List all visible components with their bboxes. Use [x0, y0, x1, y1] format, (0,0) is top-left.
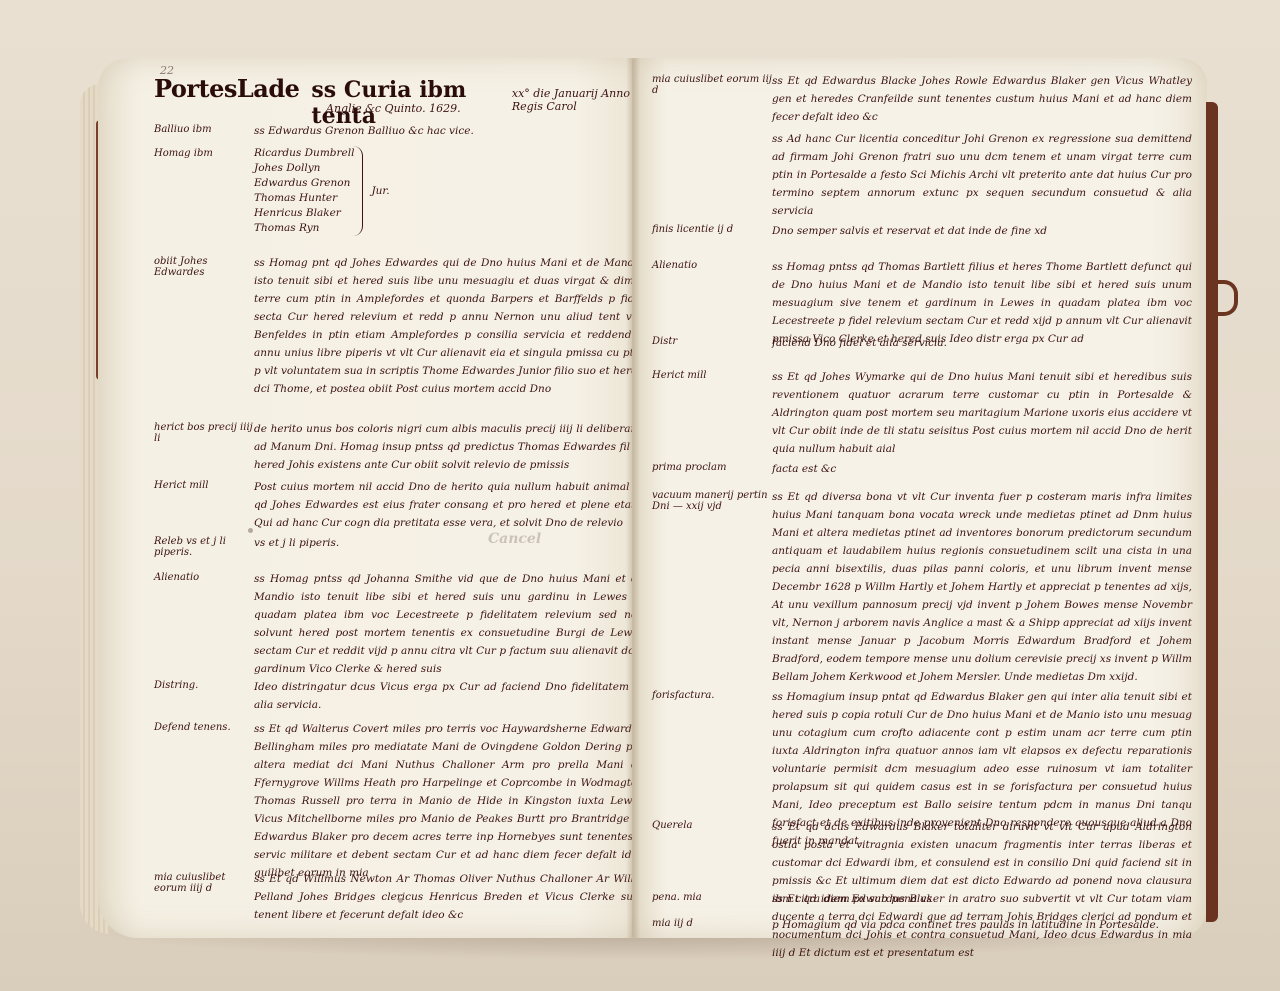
- entry-text: ss Homag pnt qd Johes Edwardes qui de Dn…: [254, 254, 644, 398]
- ink-spot: [398, 898, 403, 903]
- open-manuscript-book: 22 PortesLade ss Curia ibm tenta xx° die…: [60, 40, 1230, 950]
- right-leather-cover-edge: [1206, 102, 1218, 922]
- entry-text: Post cuius mortem nil accid Dno de herit…: [254, 478, 644, 532]
- margin-label: Homag ibm: [154, 146, 254, 236]
- margin-label: Herict mill: [652, 368, 772, 458]
- book-spine-fold: [626, 58, 640, 938]
- entry-alienation-smithe: Alienatio ss Homag pntss qd Johanna Smit…: [154, 570, 644, 678]
- entry-wymarke-reversion: Herict mill ss Et qd Johes Wymarke qui d…: [652, 368, 1192, 458]
- entry-text: ss Et qd Walterus Covert miles pro terri…: [254, 720, 644, 882]
- entry-text: faciend Dno fidel et alia servicia.: [772, 334, 1192, 352]
- entry-relief-pepper: Releb vs et j li piperis. vs et j li pip…: [154, 534, 644, 558]
- entry-text: ss Ad hanc Cur licentia conceditur Johi …: [772, 130, 1192, 220]
- entry-text: de herito unus bos coloris nigri cum alb…: [254, 420, 644, 474]
- juror-name: Edwardus Grenon: [254, 176, 354, 191]
- entry-free-tenants-default: mia cuiuslibet eorum iiij d ss Et qd Wil…: [154, 870, 644, 924]
- margin-label: mia cuiuslibet eorum iiij d: [154, 870, 254, 924]
- entry-licence-fine: finis licentie ij d Dno semper salvis et…: [652, 222, 1192, 240]
- jurors-list: Ricardus Dumbrell Johes Dollyn Edwardus …: [254, 146, 363, 236]
- leather-tie-loop: [1212, 280, 1238, 316]
- entry-text: ss Et qd diversa bona vt vlt Cur inventa…: [772, 488, 1192, 686]
- court-date-line2: Anglie &c Quinto. 1629.: [326, 102, 461, 115]
- entry-customary-default: mia cuiuslibet eorum iij d ss Et qd Edwa…: [652, 72, 1192, 126]
- margin-label: Distring.: [154, 678, 254, 714]
- margin-label: prima proclam: [652, 460, 772, 478]
- ink-spot: [248, 528, 253, 533]
- margin-label: Balliuo ibm: [154, 122, 254, 140]
- juror-name: Ricardus Dumbrell: [254, 146, 354, 161]
- juror-name: Thomas Ryn: [254, 221, 354, 236]
- jurors-sworn-mark: Jur.: [363, 185, 389, 197]
- entry-distraint-right: Distr faciend Dno fidel et alia servicia…: [652, 334, 1192, 352]
- left-page: 22 PortesLade ss Curia ibm tenta xx° die…: [98, 58, 658, 938]
- place-name: PortesLade: [154, 74, 299, 103]
- entry-defaulting-tenants: Defend tenens. ss Et qd Walterus Covert …: [154, 720, 644, 882]
- margin-label: Distr: [652, 334, 772, 352]
- margin-label: mia iij d: [652, 916, 772, 934]
- entry-text: ss Et qd Edwardus Blacke Johes Rowle Edw…: [772, 72, 1192, 126]
- margin-label: [652, 130, 772, 220]
- juror-name: Henricus Blaker: [254, 206, 354, 221]
- entry-distraint: Distring. Ideo distringatur dcus Vicus e…: [154, 678, 644, 714]
- faded-stamp-mark: Cancel: [488, 531, 541, 547]
- entry-text: ss Et qd Johes Wymarke qui de Dno huius …: [772, 368, 1192, 458]
- margin-label: obiit Johes Edwardes: [154, 254, 254, 398]
- margin-label: vacuum manerij pertin Dni — xxij vjd: [652, 488, 772, 686]
- margin-label: mia cuiuslibet eorum iij d: [652, 72, 772, 126]
- juror-name: Johes Dollyn: [254, 161, 354, 176]
- margin-label: finis licentie ij d: [652, 222, 772, 240]
- entry-text: p Homagium qd via pdca continet tres pau…: [772, 916, 1192, 934]
- margin-label: Releb vs et j li piperis.: [154, 534, 254, 558]
- margin-label: Alienatio: [154, 570, 254, 678]
- entry-heriot-ox: herict bos precij iiij li de herito unus…: [154, 420, 644, 474]
- entry-text: ss Edwardus Grenon Balliuo &c hac vice.: [254, 122, 644, 140]
- homage-entry: Homag ibm Ricardus Dumbrell Johes Dollyn…: [154, 146, 390, 236]
- entry-wreck-goods: vacuum manerij pertin Dni — xxij vjd ss …: [652, 488, 1192, 686]
- bailiff-entry: Balliuo ibm ss Edwardus Grenon Balliuo &…: [154, 122, 644, 140]
- margin-label: herict bos precij iiij li: [154, 420, 254, 474]
- entry-licence-demise: ss Ad hanc Cur licentia conceditur Johi …: [652, 130, 1192, 220]
- entry-text: ss Homag pntss qd Johanna Smithe vid que…: [254, 570, 644, 678]
- entry-first-proclamation: prima proclam facta est &c: [652, 460, 1192, 478]
- entry-heriot-nil: Herict mill Post cuius mortem nil accid …: [154, 478, 644, 532]
- entry-text: ss Et qd Willmus Newton Ar Thomas Oliver…: [254, 870, 644, 924]
- juror-name: Thomas Hunter: [254, 191, 354, 206]
- entry-text: facta est &c: [772, 460, 1192, 478]
- entry-text: vs et j li piperis.: [254, 534, 644, 558]
- margin-label: Defend tenens.: [154, 720, 254, 882]
- right-page: mia cuiuslibet eorum iij d ss Et qd Edwa…: [632, 58, 1207, 938]
- entry-text: Ideo distringatur dcus Vicus erga px Cur…: [254, 678, 644, 714]
- entry-way-width: mia iij d p Homagium qd via pdca contine…: [652, 916, 1192, 934]
- entry-text: Dno semper salvis et reservat et dat ind…: [772, 222, 1192, 240]
- entry-death-edwards: obiit Johes Edwardes ss Homag pnt qd Joh…: [154, 254, 644, 398]
- margin-label: Herict mill: [154, 478, 254, 532]
